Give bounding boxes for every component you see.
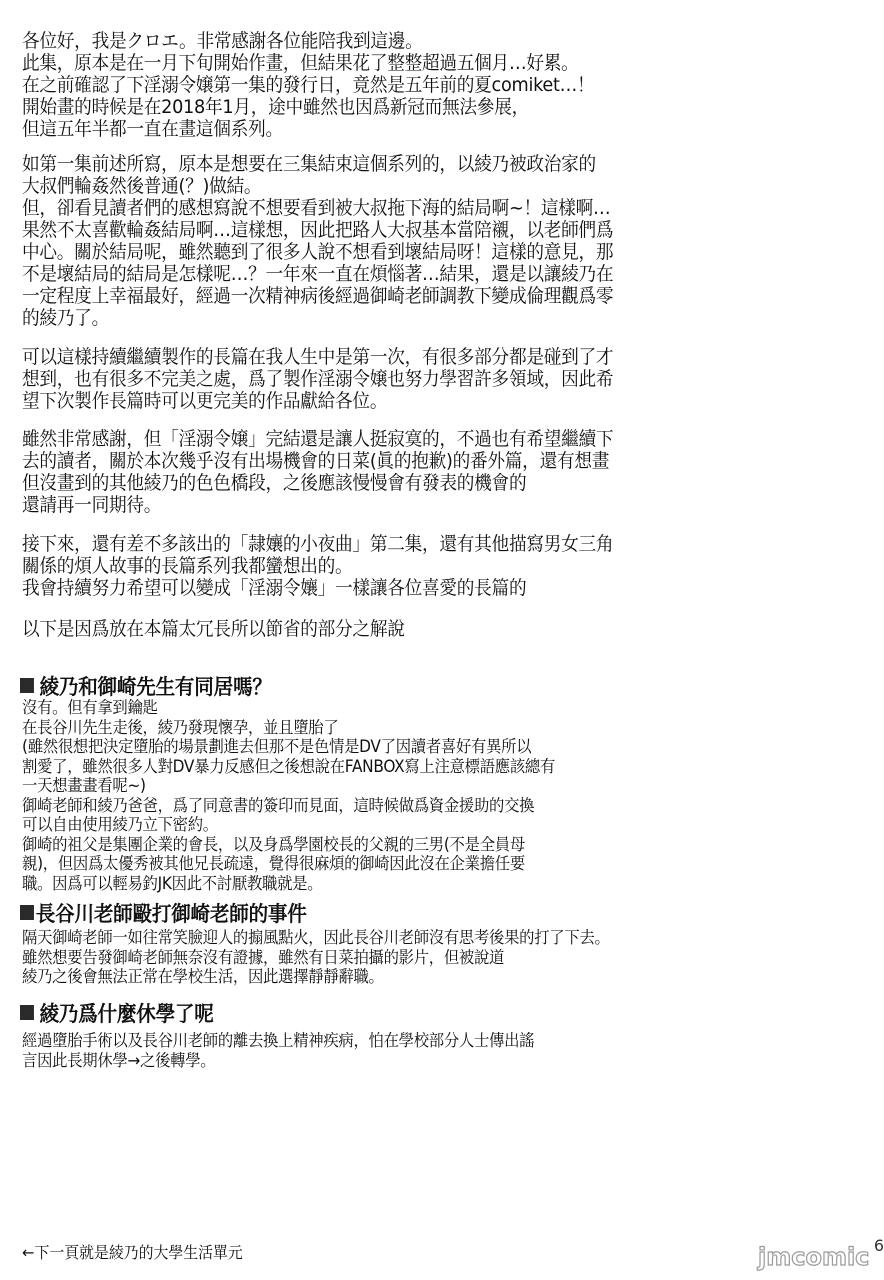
intro-paragraph-5: 接下來，還有差不多該出的「隷孃的小夜曲」第二集，還有其他描寫男女三角 關係的煩人… [22, 533, 658, 599]
text-line: 職。因爲可以輕易釣JK因此不討厭教職就是。 [22, 874, 555, 894]
square-bullet-icon [20, 905, 34, 920]
text-line: 去的讀者，關於本次幾乎沒有出場機會的日菜(眞的抱歉)的番外篇，還有想畫 [22, 450, 613, 472]
section-body-leave-of-absence: 經過墮胎手術以及長谷川老師的離去換上精神疾病，怕在學校部分人士傳出謠 言因此長期… [22, 1031, 573, 1070]
square-bullet-icon [20, 678, 34, 693]
text-line: 如第一集前述所寫，原本是想要在三集結束這個系列的，以綾乃被政治家的 [22, 153, 613, 175]
intro-paragraph-1: 各位好，我是クロエ。非常感謝各位能陪我到這邊。 此集，原本是在一月下旬開始作畫，… [22, 30, 638, 140]
section-body-cohabitation: 沒有。但有拿到鑰匙 在長谷川先生走後，綾乃發現懷孕，並且墮胎了 (雖然很想把決定… [22, 698, 595, 893]
page-number: 6 [874, 1236, 884, 1255]
text-line: 大叔們輪姦然後普通(？)做結。 [22, 175, 613, 197]
intro-paragraph-6: 以下是因爲放在本篇太冗長所以節省的部分之解說 [22, 618, 433, 640]
text-line: 在之前確認了下淫溺令嬢第一集的發行日，竟然是五年前的夏comiket…！ [22, 74, 594, 96]
section-title-text: 綾乃和御崎先生有同居嗎？ [40, 675, 272, 699]
text-line: 可以自由使用綾乃立下密約。 [22, 815, 555, 835]
section-title-assault-incident: 長谷川老師毆打御崎老師的事件 [20, 901, 307, 927]
intro-paragraph-4: 雖然非常感謝，但「淫溺令嬢」完結還是讓人挺寂寞的，不過也有希望繼續下 去的讀者，… [22, 428, 658, 516]
text-line: 此集，原本是在一月下旬開始作畫，但結果花了整整超過五個月…好累。 [22, 52, 594, 74]
text-line: 言因此長期休學→之後轉學。 [22, 1051, 534, 1071]
intro-paragraph-3: 可以這樣持續繼續製作的長篇在我人生中是第一次，有很多部分都是碰到了才 想到，也有… [22, 346, 658, 412]
text-line: 以下是因爲放在本篇太冗長所以節省的部分之解說 [22, 618, 405, 640]
text-line: 果然不太喜歡輪姦結局啊…這樣想，因此把路人大叔基本當陪襯，以老師們爲 [22, 219, 613, 241]
text-line: 一定程度上幸福最好，經過一次精神病後經過御崎老師調教下變成倫理觀爲零 [22, 285, 613, 307]
text-line: 御崎老師和綾乃爸爸，爲了同意書的簽印而見面，這時候做爲資金援助的交換 [22, 796, 555, 816]
text-line: (雖然很想把決定墮胎的場景劃進去但那不是色情是DV了因讀者喜好有異所以 [22, 737, 555, 757]
section-title-cohabitation: 綾乃和御崎先生有同居嗎？ [20, 674, 272, 700]
text-line: 望下次製作長篇時可以更完美的作品獻給各位。 [22, 390, 613, 412]
text-line: 一天想畫畫看呢~) [22, 776, 555, 796]
text-line: 開始畫的時候是在2018年1月，途中雖然也因爲新冠而無法參展， [22, 96, 594, 118]
text-line: 經過墮胎手術以及長谷川老師的離去換上精神疾病，怕在學校部分人士傳出謠 [22, 1031, 534, 1051]
text-line: 但這五年半都一直在畫這個系列。 [22, 118, 594, 140]
text-line: 中心。關於結局呢，雖然聽到了很多人說不想看到壞結局呀！這樣的意見，那 [22, 241, 613, 263]
square-bullet-icon [20, 1005, 34, 1020]
intro-paragraph-2: 如第一集前述所寫，原本是想要在三集結束這個系列的，以綾乃被政治家的 大叔們輪姦然… [22, 153, 658, 329]
text-line: 各位好，我是クロエ。非常感謝各位能陪我到這邊。 [22, 30, 594, 52]
text-line: 接下來，還有差不多該出的「隷孃的小夜曲」第二集，還有其他描寫男女三角 [22, 533, 613, 555]
text-line: 雖然非常感謝，但「淫溺令嬢」完結還是讓人挺寂寞的，不過也有希望繼續下 [22, 428, 613, 450]
text-line: 可以這樣持續繼續製作的長篇在我人生中是第一次，有很多部分都是碰到了才 [22, 346, 613, 368]
section-body-assault-incident: 隔天御崎老師一如往常笑臉迎人的搧風點火，因此長谷川老師沒有思考後果的打了下去。 … [22, 928, 654, 987]
section-title-leave-of-absence: 綾乃爲什麼休學了呢 [20, 1001, 214, 1027]
text-line: 我會持續努力希望可以變成「淫溺令孃」一樣讓各位喜愛的長篇的 [22, 577, 613, 599]
watermark-logo: jmcomic [758, 1243, 869, 1271]
text-line: 在長谷川先生走後，綾乃發現懷孕，並且墮胎了 [22, 718, 555, 738]
afterword-page: 各位好，我是クロエ。非常感謝各位能陪我到這邊。 此集，原本是在一月下旬開始作畫，… [0, 0, 884, 1280]
text-line: 但，卻看見讀者們的感想寫說不想要看到被大叔拖下海的結局啊~！這樣啊… [22, 197, 613, 219]
text-line: 的綾乃了。 [22, 307, 613, 329]
text-line: 想到，也有很多不完美之處，爲了製作淫溺令嬢也努力學習許多領域，因此希 [22, 368, 613, 390]
text-line: 不是壞結局的結局是怎樣呢…？一年來一直在煩惱著…結果，還是以讓綾乃在 [22, 263, 613, 285]
text-line: 御崎的祖父是集團企業的會長，以及身爲學園校長的父親的三男(不是全員母 [22, 835, 555, 855]
text-line: 雖然想要告發御崎老師無奈沒有證據，雖然有日菜拍攝的影片，但被說道 [22, 948, 610, 968]
text-line: 隔天御崎老師一如往常笑臉迎人的搧風點火，因此長谷川老師沒有思考後果的打了下去。 [22, 928, 610, 948]
section-title-text: 綾乃爲什麼休學了呢 [40, 1002, 214, 1026]
text-line: 關係的煩人故事的長篇系列我都蠻想出的。 [22, 555, 613, 577]
section-title-text: 長谷川老師毆打御崎老師的事件 [36, 902, 307, 926]
text-line: 沒有。但有拿到鑰匙 [22, 698, 555, 718]
next-page-hint: ←下一頁就是綾乃的大學生活單元 [22, 1240, 243, 1263]
text-line: 但沒畫到的其他綾乃的色色橋段，之後應該慢慢會有發表的機會的 [22, 472, 613, 494]
text-line: 親)，但因爲太優秀被其他兄長疏遠，覺得很麻煩的御崎因此沒在企業擔任要 [22, 854, 555, 874]
text-line: 割愛了，雖然很多人對DV暴力反感但之後想說在FANBOX寫上注意標語應該總有 [22, 757, 555, 777]
text-line: 綾乃之後會無法正常在學校生活，因此選擇靜靜辭職。 [22, 967, 610, 987]
text-line: 還請再一同期待。 [22, 494, 613, 516]
